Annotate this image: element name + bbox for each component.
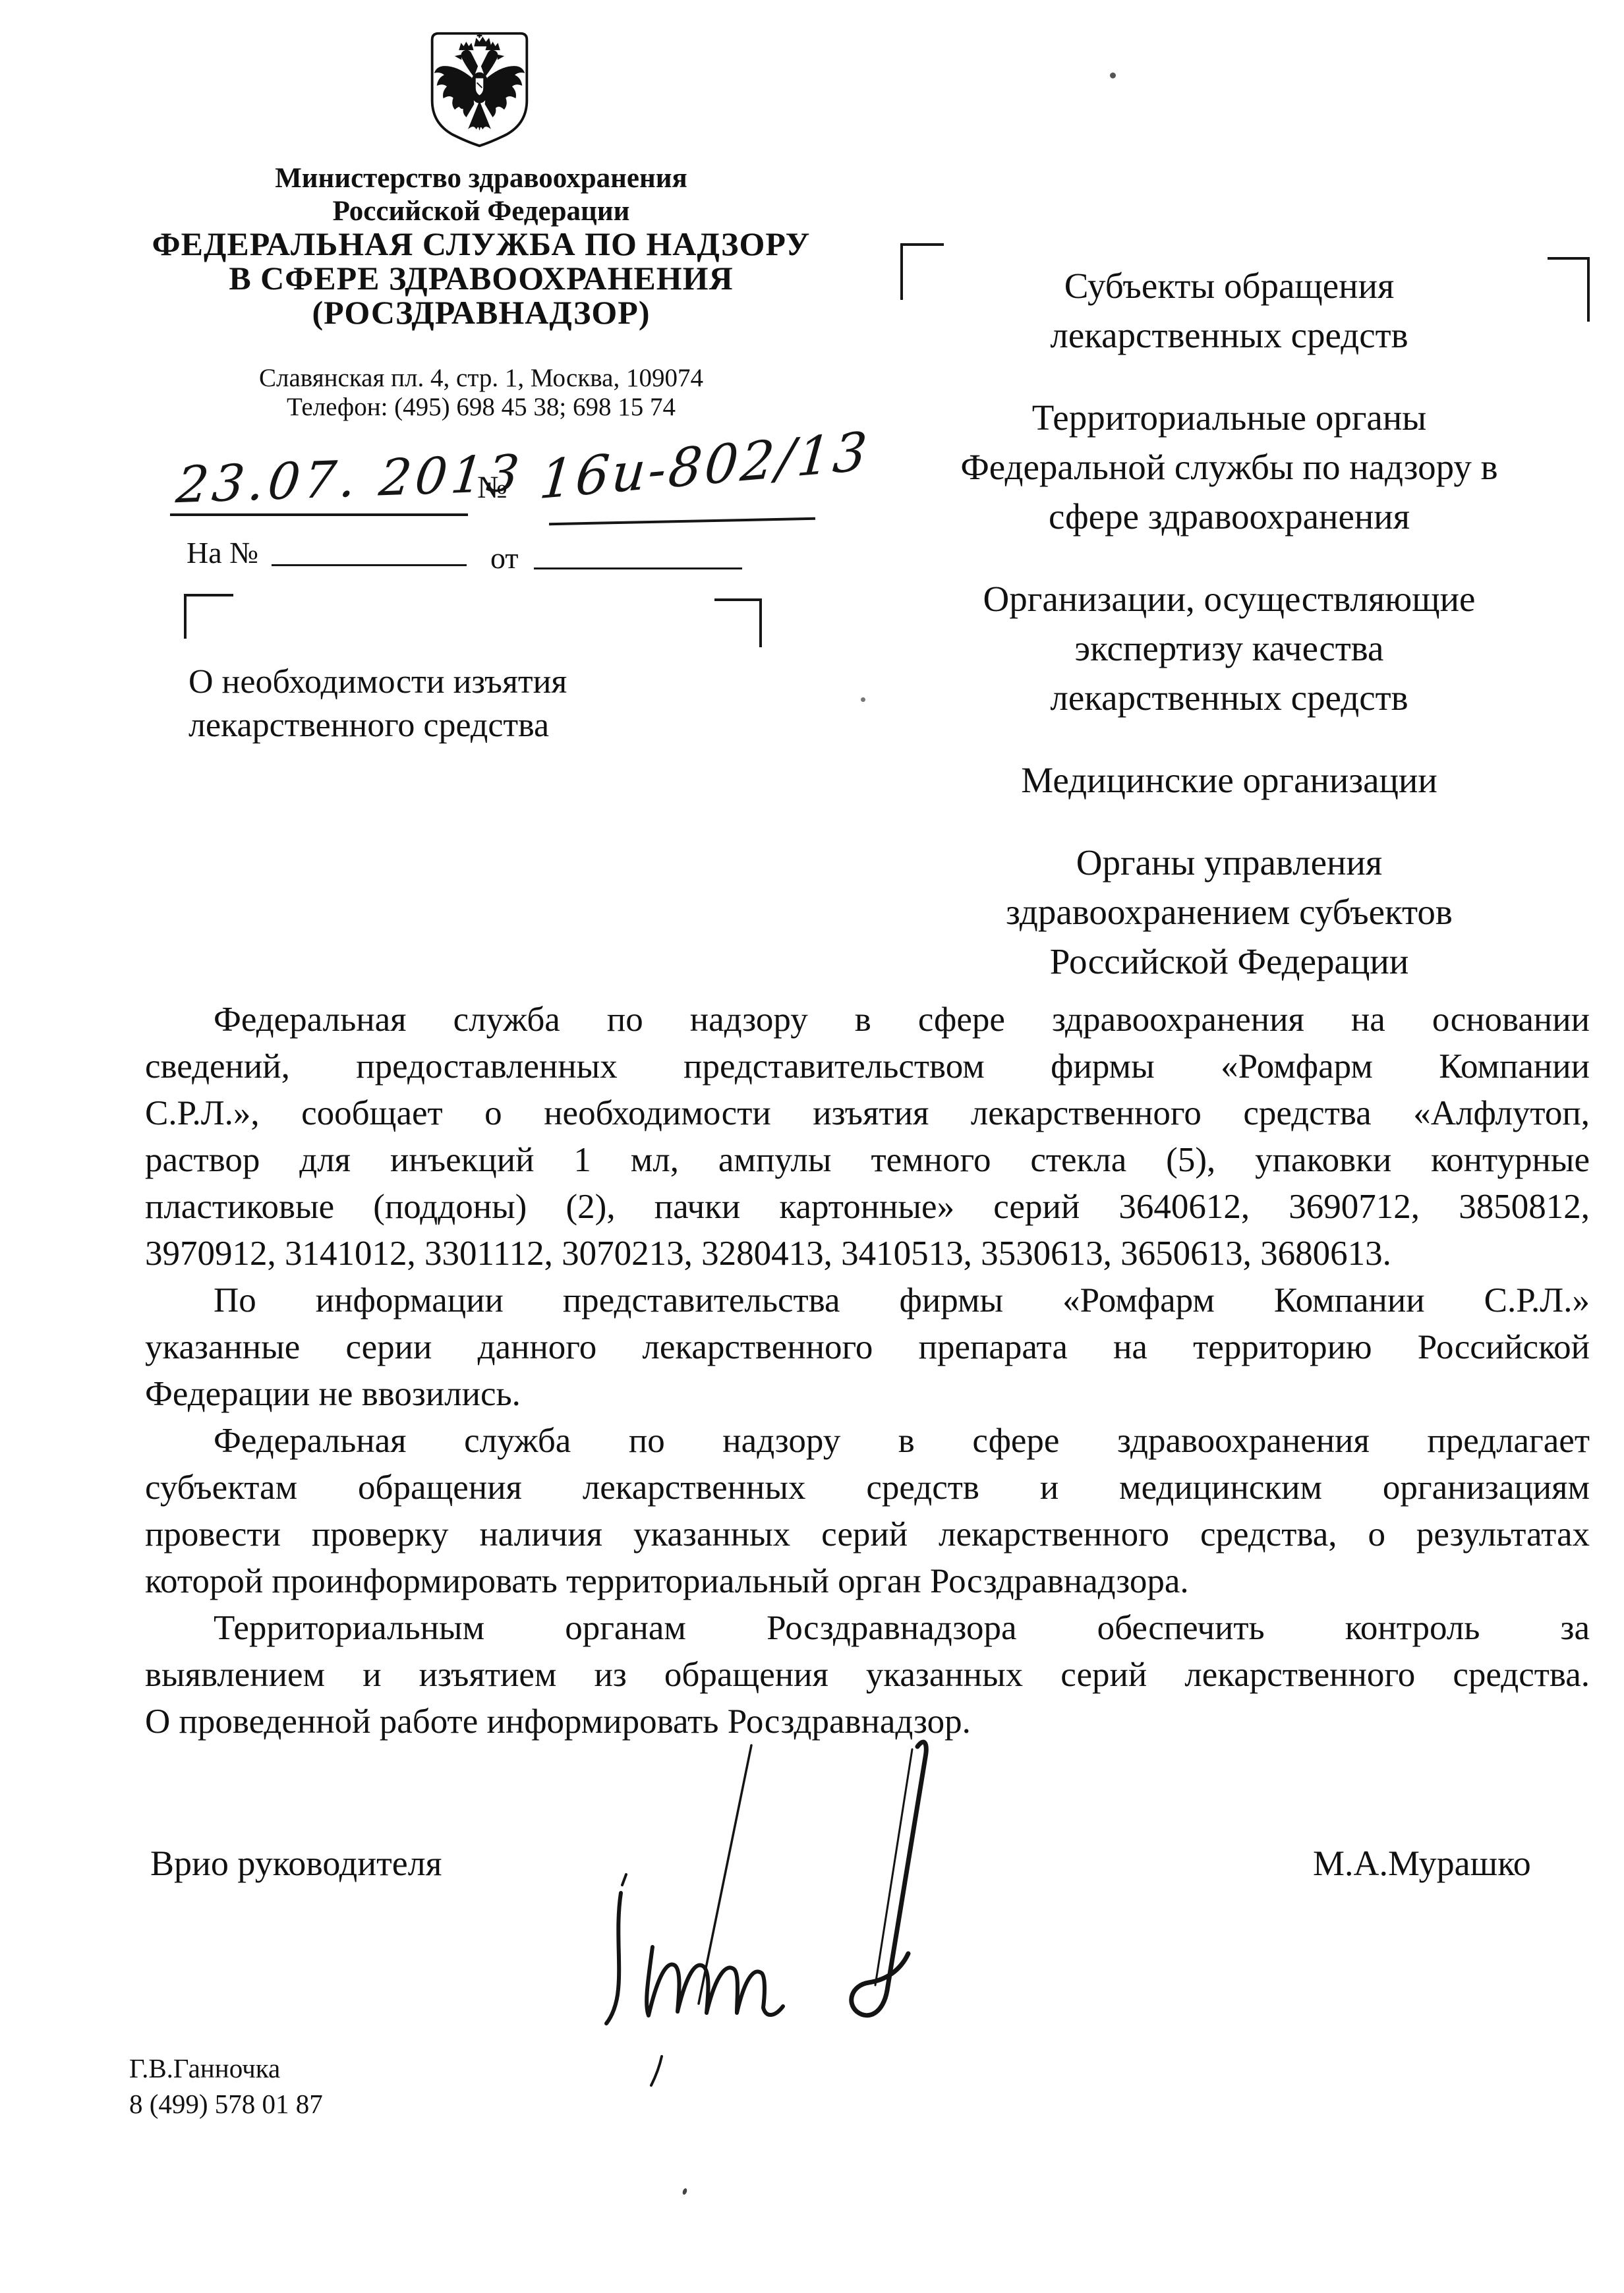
number-sign: №: [477, 469, 507, 506]
recipient-line: Организации, осуществляющие: [877, 574, 1582, 624]
recipient-line: Российской Федерации: [877, 937, 1582, 986]
signer-name: М.А.Мурашко: [1313, 1843, 1531, 1884]
body-line: указанные серии данного лекарственного п…: [145, 1324, 1590, 1371]
reply-from-label: от: [490, 540, 519, 575]
coat-of-arms-icon: [425, 30, 534, 150]
recipient-line: Медицинские организации: [877, 755, 1582, 805]
body-line: Территориальным органам Росздравнадзора …: [145, 1605, 1590, 1652]
service-name: ФЕДЕРАЛЬНАЯ СЛУЖБА ПО НАДЗОРУ В СФЕРЕ ЗД…: [152, 227, 811, 330]
body-line: выявлением и изъятием из обращения указа…: [145, 1652, 1590, 1698]
corner-bracket-left-top-right: [714, 598, 762, 647]
signature-scribble: [575, 1727, 957, 2109]
executor-phone: 8 (499) 578 01 87: [129, 2088, 323, 2120]
recipient-item: Органы управления здравоохранением субъе…: [877, 838, 1582, 986]
service-name-line3: (РОСЗДРАВНАДЗОР): [152, 295, 811, 330]
recipient-line: лекарственных средств: [877, 673, 1582, 722]
recipient-line: лекарственных средств: [877, 310, 1582, 360]
body-line: С.Р.Л.», сообщает о необходимости изъяти…: [145, 1090, 1590, 1137]
subject-line1: О необходимости изъятия: [188, 660, 782, 704]
recipients-block: Субъекты обращения лекарственных средств…: [877, 261, 1582, 1019]
body-line: провести проверку наличия указанных сери…: [145, 1511, 1590, 1558]
org-phone: Телефон: (495) 698 45 38; 698 15 74: [152, 393, 811, 422]
subject-line2: лекарственного средства: [188, 704, 782, 747]
body-line: 3970912, 3141012, 3301112, 3070213, 3280…: [145, 1231, 1590, 1277]
service-name-line2: В СФЕРЕ ЗДРАВООХРАНЕНИЯ: [152, 261, 811, 295]
scan-speck: [861, 697, 865, 702]
service-name-line1: ФЕДЕРАЛЬНАЯ СЛУЖБА ПО НАДЗОРУ: [152, 227, 811, 261]
ref-number-handwritten: 16и-802/13: [537, 421, 872, 511]
body-line: Федеральная служба по надзору в сфере зд…: [145, 1418, 1590, 1465]
corner-bracket-left-top-left: [184, 594, 233, 639]
body-line: пластиковые (поддоны) (2), пачки картонн…: [145, 1184, 1590, 1231]
org-address: Славянская пл. 4, стр. 1, Москва, 109074: [152, 364, 811, 393]
scan-speck: [1110, 73, 1116, 78]
body-line: которой проинформировать территориальный…: [145, 1558, 1590, 1605]
reply-number-line: [272, 564, 467, 566]
reply-date-line: [534, 567, 742, 569]
number-underline: [549, 517, 815, 525]
subject: О необходимости изъятия лекарственного с…: [188, 660, 782, 747]
body-line: субъектам обращения лекарственных средст…: [145, 1465, 1590, 1511]
recipient-line: Субъекты обращения: [877, 261, 1582, 310]
recipient-item: Медицинские организации: [877, 755, 1582, 805]
body-line: По информации представительства фирмы «Р…: [145, 1277, 1590, 1324]
body-line: Федеральная служба по надзору в сфере зд…: [145, 997, 1590, 1043]
recipient-item: Субъекты обращения лекарственных средств: [877, 261, 1582, 360]
scanned-letter-page: Министерство здравоохранения Российской …: [0, 0, 1624, 2293]
recipient-line: Органы управления: [877, 838, 1582, 887]
scan-speck: [681, 2188, 687, 2195]
ref-date-handwritten: 23.07. 2013: [173, 444, 525, 515]
recipient-line: сфере здравоохранения: [877, 492, 1582, 541]
body-line: сведений, предоставленных представительс…: [145, 1043, 1590, 1090]
letter-body: Федеральная служба по надзору в сфере зд…: [145, 997, 1590, 1745]
recipient-line: Территориальные органы: [877, 393, 1582, 442]
recipient-line: экспертизу качества: [877, 624, 1582, 673]
executor-name: Г.В.Ганночка: [129, 2052, 280, 2084]
ministry-name-line2: Российской Федерации: [152, 195, 811, 228]
ministry-name: Министерство здравоохранения Российской …: [152, 162, 811, 228]
date-underline: [170, 513, 468, 516]
recipient-line: Федеральной службы по надзору в: [877, 442, 1582, 492]
ministry-name-line1: Министерство здравоохранения: [152, 162, 811, 195]
signer-position-label: Врио руководителя: [150, 1843, 442, 1884]
recipient-item: Организации, осуществляющие экспертизу к…: [877, 574, 1582, 722]
body-line: раствор для инъекций 1 мл, ампулы темног…: [145, 1137, 1590, 1184]
body-line: Федерации не ввозились.: [145, 1371, 1590, 1418]
recipient-line: здравоохранением субъектов: [877, 887, 1582, 937]
reply-to-label: На №: [187, 535, 258, 570]
recipient-item: Территориальные органы Федеральной служб…: [877, 393, 1582, 541]
